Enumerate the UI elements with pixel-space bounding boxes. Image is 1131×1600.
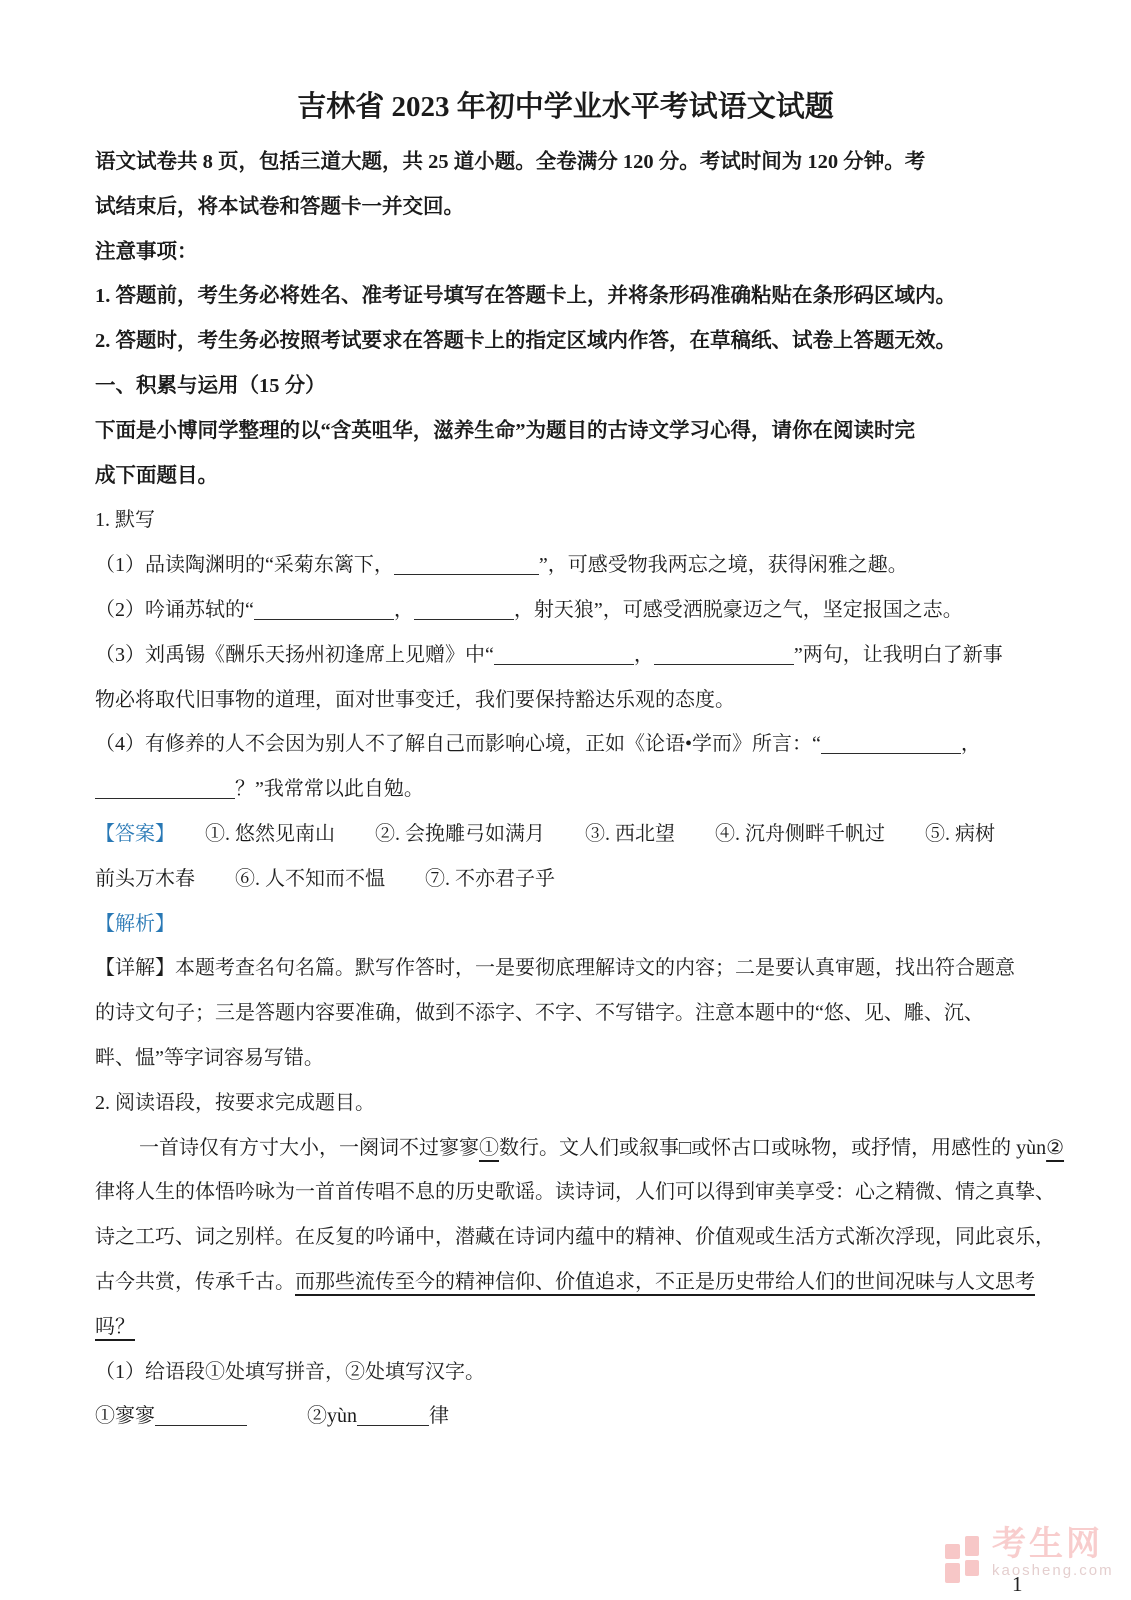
text-segment: ”，可感受物我两忘之境，获得闲雅之趣。 bbox=[539, 554, 908, 576]
document-body: 语文试卷共 8 页，包括三道大题，共 25 道小题。全卷满分 120 分。考试时… bbox=[95, 140, 1036, 1439]
underlined-text: 而那些流传至今的精神信仰、价值追求，不正是历史带给人们的世间况味与人文思考 bbox=[295, 1271, 1035, 1293]
doc-line: 前头万木春 ⑥. 人不知而不愠 ⑦. 不亦君子乎 bbox=[95, 857, 1036, 902]
text-segment: 前头万木春 ⑥. 人不知而不愠 ⑦. 不亦君子乎 bbox=[95, 868, 555, 890]
doc-line: （1）品读陶渊明的“采菊东篱下，”，可感受物我两忘之境，获得闲雅之趣。 bbox=[95, 543, 1036, 588]
text-segment: 律 bbox=[429, 1405, 449, 1427]
document-content: 吉林省 2023 年初中学业水平考试语文试题 语文试卷共 8 页，包括三道大题，… bbox=[95, 84, 1036, 1439]
text-segment: 律将人生的体悟吟咏为一首首传唱不息的历史歌谣。读诗词，人们可以得到审美享受：心之… bbox=[95, 1181, 1055, 1203]
doc-line: 2. 答题时，考生务必按照考试要求在答题卡上的指定区域内作答，在草稿纸、试卷上答… bbox=[95, 319, 1036, 364]
doc-line: 诗之工巧、词之别样。在反复的吟诵中，潜藏在诗词内蕴中的精神、价值观或生活方式渐次… bbox=[95, 1215, 1036, 1260]
text-segment: 2. 答题时，考生务必按照考试要求在答题卡上的指定区域内作答，在草稿纸、试卷上答… bbox=[95, 330, 956, 352]
text-segment: 注意事项： bbox=[95, 241, 198, 263]
doc-line: 试结束后，将本试卷和答题卡一并交回。 bbox=[95, 185, 1036, 230]
watermark: 考生网 kaosheng.com bbox=[944, 1528, 1114, 1584]
doc-line: （2）吟诵苏轼的“，，射天狼”，可感受洒脱豪迈之气，坚定报国之志。 bbox=[95, 588, 1036, 633]
text-segment: ， bbox=[634, 644, 654, 666]
text-segment: （2）吟诵苏轼的“ bbox=[95, 599, 254, 621]
doc-line: ①寥寥 ②yùn律 bbox=[95, 1394, 1036, 1439]
text-segment: ？”我常常以此自勉。 bbox=[235, 778, 424, 800]
text-segment: 试结束后，将本试卷和答题卡一并交回。 bbox=[95, 196, 464, 218]
text-segment: ”两句，让我明白了新事 bbox=[794, 644, 1003, 666]
doc-line: 下面是小博同学整理的以“含英咀华，滋养生命”为题目的古诗文学习心得，请你在阅读时… bbox=[95, 409, 1036, 454]
doc-line: 吗？ bbox=[95, 1305, 1036, 1350]
text-segment: 古今共赏，传承千古。 bbox=[95, 1271, 295, 1293]
text-segment: ， bbox=[961, 733, 981, 755]
doc-line: （4）有修养的人不会因为别人不了解自己而影响心境，正如《论语•学而》所言：“， bbox=[95, 722, 1036, 767]
blank-field bbox=[654, 644, 794, 665]
doc-line: 【答案】 ①. 悠然见南山 ②. 会挽雕弓如满月 ③. 西北望 ④. 沉舟侧畔千… bbox=[95, 812, 1036, 857]
doc-line: 一首诗仅有方寸大小，一阕词不过寥寥①数行。文人们或叙事□或怀古口或咏物，或抒情，… bbox=[95, 1126, 1036, 1171]
doc-line: 1. 答题前，考生务必将姓名、准考证号填写在答题卡上，并将条形码准确粘贴在条形码… bbox=[95, 274, 1036, 319]
text-segment: 【详解】本题考查名句名篇。默写作答时，一是要彻底理解诗文的内容；二是要认真审题，… bbox=[95, 957, 1015, 979]
text-segment: （4）有修养的人不会因为别人不了解自己而影响心境，正如《论语•学而》所言：“ bbox=[95, 733, 821, 755]
text-segment: 畔、愠”等字词容易写错。 bbox=[95, 1047, 324, 1069]
blank-field bbox=[821, 733, 961, 754]
watermark-cn-text: 考生网 bbox=[992, 1528, 1114, 1562]
text-segment: 的诗文句子；三是答题内容要准确，做到不添字、不字、不写错字。注意本题中的“悠、见… bbox=[95, 1002, 984, 1024]
doc-line: 【详解】本题考查名句名篇。默写作答时，一是要彻底理解诗文的内容；二是要认真审题，… bbox=[95, 946, 1036, 991]
text-segment: 一、积累与运用（15 分） bbox=[95, 375, 326, 397]
doc-line: 1. 默写 bbox=[95, 498, 1036, 543]
watermark-row: 考生网 kaosheng.com bbox=[944, 1528, 1114, 1584]
page-title: 吉林省 2023 年初中学业水平考试语文试题 bbox=[95, 84, 1036, 130]
doc-line: 古今共赏，传承千古。而那些流传至今的精神信仰、价值追求，不正是历史带给人们的世间… bbox=[95, 1260, 1036, 1305]
underlined-text: 吗？ bbox=[95, 1316, 135, 1338]
text-segment: ①寥寥 bbox=[95, 1405, 155, 1427]
blank-field bbox=[414, 599, 514, 620]
text-segment: 语文试卷共 8 页，包括三道大题，共 25 道小题。全卷满分 120 分。考试时… bbox=[95, 151, 925, 173]
doc-line: 成下面题目。 bbox=[95, 454, 1036, 499]
underlined-text: ① bbox=[479, 1137, 499, 1159]
blank-field bbox=[357, 1405, 429, 1426]
doc-line: 【解析】 bbox=[95, 902, 1036, 947]
doc-line: 畔、愠”等字词容易写错。 bbox=[95, 1036, 1036, 1081]
text-segment: 一首诗仅有方寸大小，一阕词不过寥寥 bbox=[139, 1137, 479, 1159]
text-segment: ①. 悠然见南山 ②. 会挽雕弓如满月 ③. 西北望 ④. 沉舟侧畔千帆过 ⑤.… bbox=[165, 823, 995, 845]
page-number: 1 bbox=[1012, 1572, 1023, 1596]
section-label: 【解析】 bbox=[95, 913, 175, 935]
text-segment: 1. 默写 bbox=[95, 509, 155, 531]
text-segment: ， bbox=[394, 599, 414, 621]
watermark-texts: 考生网 kaosheng.com bbox=[992, 1528, 1114, 1579]
text-segment: 成下面题目。 bbox=[95, 465, 218, 487]
kaosheng-logo-icon bbox=[944, 1532, 984, 1584]
doc-line: 2. 阅读语段，按要求完成题目。 bbox=[95, 1081, 1036, 1126]
watermark-en-text: kaosheng.com bbox=[992, 1563, 1114, 1579]
doc-line: ？”我常常以此自勉。 bbox=[95, 767, 1036, 812]
text-segment: 1. 答题前，考生务必将姓名、准考证号填写在答题卡上，并将条形码准确粘贴在条形码… bbox=[95, 285, 956, 307]
blank-field bbox=[254, 599, 394, 620]
text-segment: ，射天狼”，可感受洒脱豪迈之气，坚定报国之志。 bbox=[514, 599, 963, 621]
blank-field bbox=[494, 644, 634, 665]
text-segment: 诗之工巧、词之别样。在反复的吟诵中，潜藏在诗词内蕴中的精神、价值观或生活方式渐次… bbox=[95, 1226, 1055, 1248]
doc-line: 注意事项： bbox=[95, 230, 1036, 275]
doc-line: 物必将取代旧事物的道理，面对世事变迁，我们要保持豁达乐观的态度。 bbox=[95, 678, 1036, 723]
doc-line: 的诗文句子；三是答题内容要准确，做到不添字、不字、不写错字。注意本题中的“悠、见… bbox=[95, 991, 1036, 1036]
underlined-text: ② bbox=[1046, 1137, 1064, 1159]
blank-field bbox=[155, 1405, 247, 1426]
blank-field bbox=[394, 554, 539, 575]
doc-line: 语文试卷共 8 页，包括三道大题，共 25 道小题。全卷满分 120 分。考试时… bbox=[95, 140, 1036, 185]
text-segment: 下面是小博同学整理的以“含英咀华，滋养生命”为题目的古诗文学习心得，请你在阅读时… bbox=[95, 420, 915, 442]
section-label: 【答案】 bbox=[95, 823, 165, 845]
text-segment: 物必将取代旧事物的道理，面对世事变迁，我们要保持豁达乐观的态度。 bbox=[95, 689, 735, 711]
exam-document-page: 吉林省 2023 年初中学业水平考试语文试题 语文试卷共 8 页，包括三道大题，… bbox=[0, 0, 1131, 1600]
text-segment: （3）刘禹锡《酬乐天扬州初逢席上见赠》中“ bbox=[95, 644, 494, 666]
blank-field bbox=[95, 778, 235, 799]
text-segment: （1）品读陶渊明的“采菊东篱下， bbox=[95, 554, 394, 576]
text-segment: ②yùn bbox=[247, 1405, 357, 1427]
doc-line: （1）给语段①处填写拼音，②处填写汉字。 bbox=[95, 1350, 1036, 1395]
doc-line: 律将人生的体悟吟咏为一首首传唱不息的历史歌谣。读诗词，人们可以得到审美享受：心之… bbox=[95, 1170, 1036, 1215]
doc-line: 一、积累与运用（15 分） bbox=[95, 364, 1036, 409]
text-segment: 2. 阅读语段，按要求完成题目。 bbox=[95, 1092, 375, 1114]
text-segment: （1）给语段①处填写拼音，②处填写汉字。 bbox=[95, 1361, 485, 1383]
doc-line: （3）刘禹锡《酬乐天扬州初逢席上见赠》中“，”两句，让我明白了新事 bbox=[95, 633, 1036, 678]
text-segment: 数行。文人们或叙事□或怀古口或咏物，或抒情，用感性的 yùn bbox=[499, 1137, 1046, 1159]
